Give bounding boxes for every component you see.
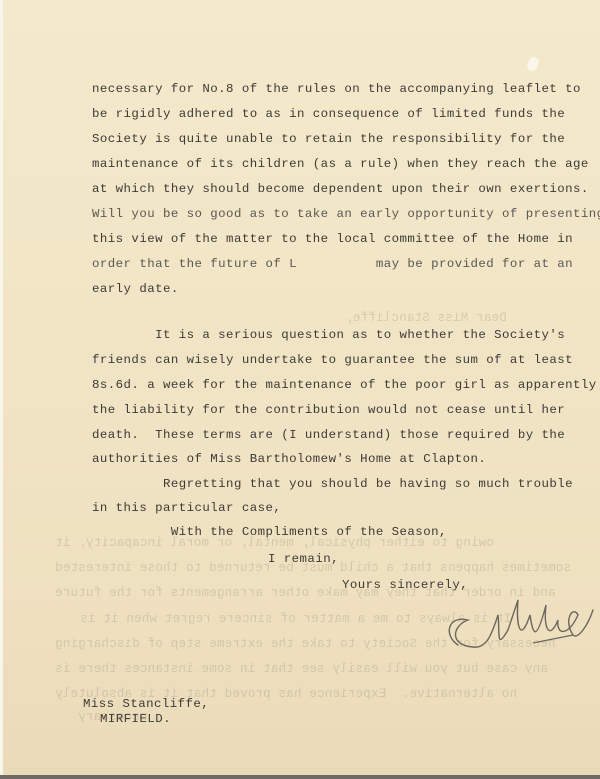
body-line: friends can wisely undertake to guarante… (92, 353, 573, 367)
body-line: It is a serious question as to whether t… (92, 328, 565, 342)
body-line: at which they should become dependent up… (92, 182, 589, 196)
body-line: order that the future of L may be provid… (92, 257, 573, 271)
letter-page: Dear Miss Stancliffe, owing to either ph… (0, 0, 600, 779)
body-line: the liability for the contribution would… (92, 403, 565, 417)
paper-edge-bottom (0, 775, 600, 779)
body-line: With the Compliments of the Season, (92, 525, 447, 539)
addressee-place: MIRFIELD. (100, 712, 171, 726)
body-line: 8s.6d. a week for the maintenance of the… (92, 378, 597, 392)
body-line: this view of the matter to the local com… (92, 232, 573, 246)
paper-blemish (526, 56, 541, 73)
closing-remain: I remain, (268, 552, 339, 566)
signature (438, 575, 598, 665)
body-line: in this particular case, (92, 501, 281, 515)
body-line: Regretting that you should be having so … (92, 477, 573, 491)
body-line: death. These terms are (I understand) th… (92, 428, 565, 442)
body-line: maintenance of its children (as a rule) … (92, 157, 589, 171)
addressee-name: Miss Stancliffe, (83, 697, 209, 711)
bleed-through-line: Dear Miss Stancliffe, (345, 311, 507, 325)
body-line: necessary for No.8 of the rules on the a… (92, 82, 581, 96)
body-line: be rigidly adhered to as in consequence … (92, 107, 565, 121)
paper-edge-left (0, 0, 3, 779)
body-line: Will you be so good as to take an early … (92, 207, 600, 221)
body-line: Society is quite unable to retain the re… (92, 132, 565, 146)
body-line: authorities of Miss Bartholomew's Home a… (92, 452, 486, 466)
body-line: early date. (92, 282, 179, 296)
